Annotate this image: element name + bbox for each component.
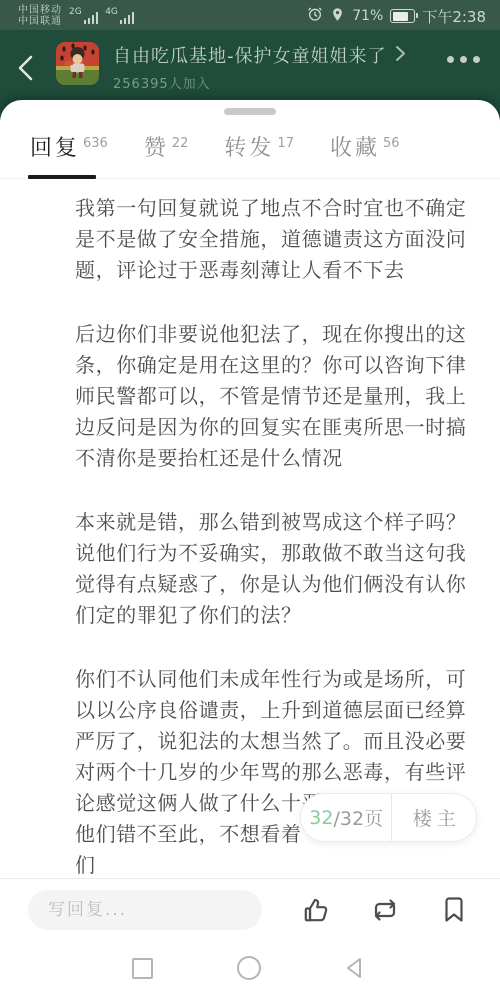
tab-count: 17 (277, 136, 294, 151)
status-bar: 中国移动 中国联通 2G 4G 71% (0, 0, 500, 30)
post-text-line: 后边你们非要说他犯法了，现在你搜出的这 (75, 319, 470, 350)
network-type-2: 4G (105, 8, 118, 17)
back-button[interactable] (16, 42, 46, 86)
home-button[interactable] (237, 956, 261, 980)
chevron-right-icon (395, 45, 406, 66)
signal-bars-icon (120, 10, 135, 24)
group-title-row: 自由吃瓜基地-保护女童姐姐来了 (113, 42, 447, 68)
post-text-line: 条，你确定是用在这里的？你可以咨询下律 (75, 350, 470, 381)
location-icon (330, 7, 345, 26)
carrier-names: 中国移动 中国联通 (18, 5, 62, 27)
author-only-filter-button[interactable]: 楼主 (392, 794, 476, 841)
drag-handle[interactable] (224, 108, 276, 115)
network-type-1: 2G (69, 8, 82, 17)
tab-count: 22 (172, 136, 189, 151)
group-title: 自由吃瓜基地-保护女童姐姐来了 (113, 42, 387, 68)
signal-bars-icon (84, 10, 99, 24)
post-text-line: 说他们行为不妥确实，那敢做不敢当这句我 (75, 538, 470, 569)
post-text-line: 题，评论过于恶毒刻薄让人看不下去 (75, 255, 470, 286)
tab-replies[interactable]: 回复636 (30, 131, 108, 178)
tab-label: 回复 (30, 136, 80, 161)
post-text-line: 边反问是因为你的回复实在匪夷所思一时搞 (75, 412, 470, 443)
page-indicator-button[interactable]: 32/32页 (301, 794, 392, 841)
post-paragraphs: 我第一句回复就说了地点不合时宜也不确定是不是做了安全措施，道德谴责这方面没问题，… (0, 179, 500, 881)
post-text-line: 对两个十几岁的少年骂的那么恶毒，有些评 (75, 757, 470, 788)
status-bar-left: 中国移动 中国联通 2G 4G (18, 5, 134, 27)
back-nav-button[interactable] (342, 955, 368, 981)
page-navigator: 32/32页 楼主 (300, 793, 477, 842)
reply-input[interactable] (28, 890, 262, 930)
more-options-button[interactable] (447, 42, 480, 63)
repost-icon[interactable] (369, 894, 401, 926)
action-icons (300, 894, 470, 926)
group-avatar[interactable] (56, 42, 99, 85)
tab-likes[interactable]: 赞22 (144, 131, 189, 178)
signal-group-1: 2G (69, 8, 98, 24)
tab-reposts[interactable]: 转发17 (224, 131, 294, 178)
group-info[interactable]: 自由吃瓜基地-保护女童姐姐来了 256395人加入 (113, 42, 447, 92)
post-paragraph: 你们不认同他们未成年性行为或是场所，可以以公序良俗谴责，上升到道德层面已经算严厉… (75, 664, 470, 881)
tab-count: 56 (383, 136, 400, 151)
post-text-line: 以以公序良俗谴责，上升到道德层面已经算 (75, 695, 470, 726)
post-text-line: 你们不认同他们未成年性行为或是场所，可 (75, 664, 470, 695)
phone-screen: 中国移动 中国联通 2G 4G 71% (0, 0, 500, 1000)
post-paragraph: 本来就是错，那么错到被骂成这个样子吗？说他们行为不妥确实，那敢做不敢当这句我觉得… (75, 507, 470, 631)
post-text-line: 觉得有点疑惑了，你是认为他们俩没有认你 (75, 569, 470, 600)
tab-count: 636 (83, 136, 108, 151)
post-text-line: 严厉了，说犯法的太想当然了。而且没必要 (75, 726, 470, 757)
battery-percent: 71% (352, 8, 383, 24)
carrier-1: 中国移动 (18, 5, 62, 16)
post-text-line: 们定的罪犯了你们的法？ (75, 600, 470, 631)
recents-button[interactable] (132, 958, 153, 979)
tab-label: 赞 (144, 136, 169, 161)
tab-label: 转发 (224, 136, 274, 161)
post-text-line: 本来就是错，那么错到被骂成这个样子吗？ (75, 507, 470, 538)
tab-bar: 回复636 赞22 转发17 收藏56 (0, 131, 500, 179)
post-paragraph: 我第一句回复就说了地点不合时宜也不确定是不是做了安全措施，道德谴责这方面没问题，… (75, 193, 470, 286)
status-bar-right: 71% 下午2:38 (307, 6, 486, 27)
tab-label: 收藏 (330, 136, 380, 161)
carrier-2: 中国联通 (18, 16, 62, 27)
post-text-line: 是不是做了安全措施，道德谴责这方面没问 (75, 224, 470, 255)
group-member-count: 256395人加入 (113, 73, 447, 92)
post-detail-card: 回复636 赞22 转发17 收藏56 我第一句回复就说了地点不合时宜也不确定是… (0, 100, 500, 1000)
signal-group-2: 4G (105, 8, 134, 24)
composer-bar (0, 878, 500, 940)
post-text-line: 们 (75, 850, 470, 881)
current-page: 32 (309, 807, 333, 829)
battery-icon (390, 9, 415, 23)
bookmark-icon[interactable] (438, 894, 470, 926)
thumbs-up-icon[interactable] (300, 894, 332, 926)
clock-time: 下午2:38 (422, 6, 486, 27)
post-text-line: 不清你是要抬杠还是什么情况 (75, 443, 470, 474)
post-paragraph: 后边你们非要说他犯法了，现在你搜出的这条，你确定是用在这里的？你可以咨询下律师民… (75, 319, 470, 474)
total-pages: /32页 (333, 804, 383, 831)
post-text-line: 师民警都可以，不管是情节还是量刑，我上 (75, 381, 470, 412)
post-text-line: 我第一句回复就说了地点不合时宜也不确定 (75, 193, 470, 224)
alarm-icon (307, 6, 323, 26)
tab-favorites[interactable]: 收藏56 (330, 131, 400, 178)
